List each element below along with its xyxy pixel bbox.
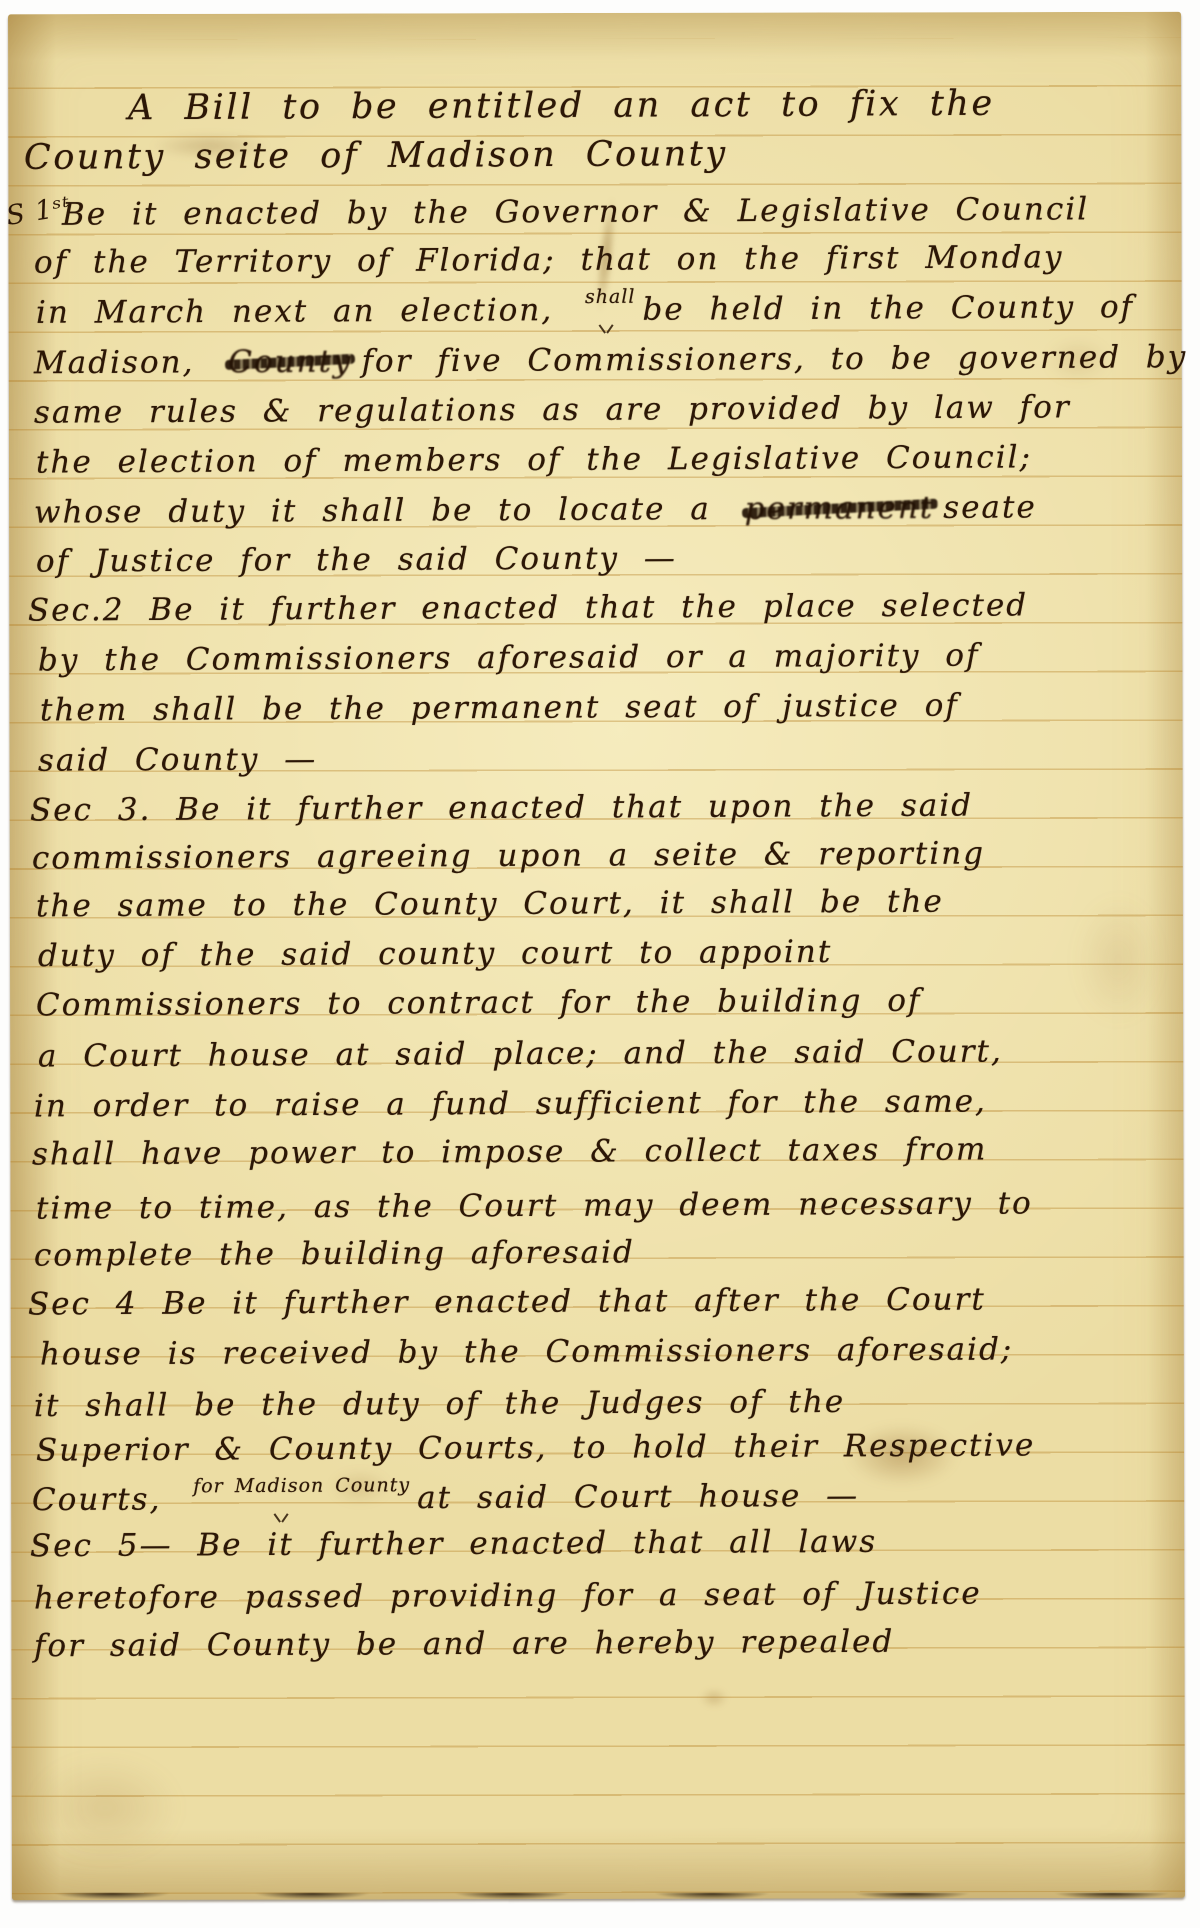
manuscript-line: by the Commissioners aforesaid or a majo…: [38, 636, 980, 681]
handwritten-text: Sec 5— Be it further enacted that all la…: [30, 1524, 877, 1564]
handwritten-text: for said County be and are hereby repeal…: [34, 1624, 894, 1665]
manuscript-line: heretofore passed providing for a seat o…: [34, 1574, 982, 1619]
handwritten-text: of Justice for the said County —: [36, 540, 677, 579]
manuscript-line: in order to raise a fund sufficient for …: [34, 1082, 987, 1127]
manuscript-line: Sec 4 Be it further enacted that after t…: [28, 1279, 986, 1324]
handwritten-text: duty of the said county court to appoint: [38, 934, 832, 974]
handwritten-text: shall have power to impose & collect tax…: [32, 1131, 988, 1172]
handwritten-text: the election of members of the Legislati…: [36, 439, 1032, 480]
inserted-word: for Madison County: [193, 1465, 410, 1506]
handwritten-text: Superior & County Courts, to hold their …: [36, 1427, 1035, 1468]
handwritten-text: heretofore passed providing for a seat o…: [34, 1576, 982, 1617]
inserted-word: shall: [585, 277, 636, 317]
paper-bottom-edge: [12, 1893, 1180, 1906]
manuscript-line: Sec.2 Be it further enacted that the pla…: [28, 585, 1028, 630]
manuscript-line: Courts, for Madison Countyat said Court …: [32, 1476, 859, 1524]
struck-out-word: permanent: [745, 488, 935, 529]
manuscript-line: whose duty it shall be to locate a perma…: [34, 487, 1037, 532]
handwritten-text: them shall be the permanent seat of just…: [40, 688, 959, 729]
handwritten-text: in March next an election,: [36, 292, 553, 331]
manuscript-line: duty of the said county court to appoint: [38, 932, 833, 976]
handwritten-text: commissioners agreeing upon a seite & re…: [32, 836, 985, 877]
handwritten-text: said County —: [38, 741, 317, 778]
manuscript-line: the same to the County Court, it shall b…: [36, 882, 944, 927]
handwritten-text: Commissioners to contract for the buildi…: [36, 983, 922, 1024]
handwritten-text: Be it enacted by the Governor & Legislat…: [62, 191, 1089, 232]
manuscript-line: Madison, Countyfor five Commissioners, t…: [34, 337, 1200, 383]
manuscript-line: Be it enacted by the Governor & Legislat…: [62, 189, 1089, 234]
manuscript-line: in March next an election, shallbe held …: [36, 287, 1134, 337]
handwritten-text: whose duty it shall be to locate a: [34, 491, 711, 531]
handwritten-text: Sec 3. Be it further enacted that upon t…: [30, 788, 973, 829]
handwritten-text: by the Commissioners aforesaid or a majo…: [38, 638, 980, 679]
manuscript-line: of the Territory of Florida; that on the…: [34, 237, 1064, 282]
manuscript-line: of Justice for the said County —: [36, 538, 677, 581]
handwritten-text: A Bill to be entitled an act to fix the: [128, 84, 995, 129]
manuscript-line: time to time, as the Court may deem nece…: [36, 1183, 1033, 1228]
manuscript-line: Sec 3. Be it further enacted that upon t…: [30, 786, 973, 831]
handwritten-text: a Court house at said place; and the sai…: [38, 1033, 1003, 1074]
manuscript-line: commissioners agreeing upon a seite & re…: [32, 834, 985, 879]
manuscript-line: it shall be the duty of the Judges of th…: [34, 1382, 845, 1426]
manuscript-line: Commissioners to contract for the buildi…: [36, 981, 922, 1026]
manuscript-line: the election of members of the Legislati…: [36, 437, 1032, 482]
handwritten-text: time to time, as the Court may deem nece…: [36, 1185, 1033, 1226]
handwritten-text: house is received by the Commissioners a…: [40, 1331, 1013, 1372]
handwritten-text: in order to raise a fund sufficient for …: [34, 1084, 987, 1125]
handwritten-text: Sec.2 Be it further enacted that the pla…: [28, 587, 1028, 628]
manuscript-line: a Court house at said place; and the sai…: [38, 1031, 1003, 1076]
handwritten-text: seate: [943, 489, 1037, 525]
manuscript-line: for said County be and are hereby repeal…: [34, 1622, 894, 1667]
manuscript-line: County seite of Madison County: [24, 134, 728, 178]
manuscript-line: shall have power to impose & collect tax…: [32, 1129, 988, 1174]
manuscript-line: same rules & regulations as are provided…: [34, 387, 1071, 432]
handwritten-text: it shall be the duty of the Judges of th…: [34, 1384, 845, 1424]
manuscript-line: house is received by the Commissioners a…: [40, 1329, 1014, 1374]
manuscript-lines: A Bill to be entitled an act to fix the …: [0, 0, 1200, 1928]
handwritten-text: same rules & regulations as are provided…: [34, 389, 1071, 430]
manuscript-line: said County —: [38, 739, 317, 780]
handwritten-text: Courts,: [32, 1481, 162, 1518]
handwritten-text: County seite of Madison County: [24, 134, 728, 178]
handwritten-text: complete the building aforesaid: [34, 1234, 635, 1273]
struck-out-word: County: [228, 342, 353, 383]
handwritten-text: be held in the County of: [642, 289, 1134, 328]
handwritten-text: for five Commissioners, to be governed b…: [361, 339, 1200, 380]
manuscript-line: complete the building aforesaid: [34, 1232, 635, 1275]
handwritten-text: at said Court house —: [417, 1478, 859, 1516]
manuscript-line: Sec 5— Be it further enacted that all la…: [30, 1522, 877, 1566]
manuscript-line: them shall be the permanent seat of just…: [40, 686, 959, 731]
handwritten-text: Sec 4 Be it further enacted that after t…: [28, 1281, 986, 1322]
handwritten-text: Madison,: [34, 344, 195, 381]
scanned-document-page: { "meta": { "kind": "scanned handwritten…: [0, 0, 1200, 1928]
handwritten-text: the same to the County Court, it shall b…: [36, 884, 944, 925]
manuscript-line: Superior & County Courts, to hold their …: [36, 1425, 1035, 1470]
handwritten-text: of the Territory of Florida; that on the…: [34, 239, 1064, 280]
manuscript-line: A Bill to be entitled an act to fix the: [128, 84, 995, 129]
